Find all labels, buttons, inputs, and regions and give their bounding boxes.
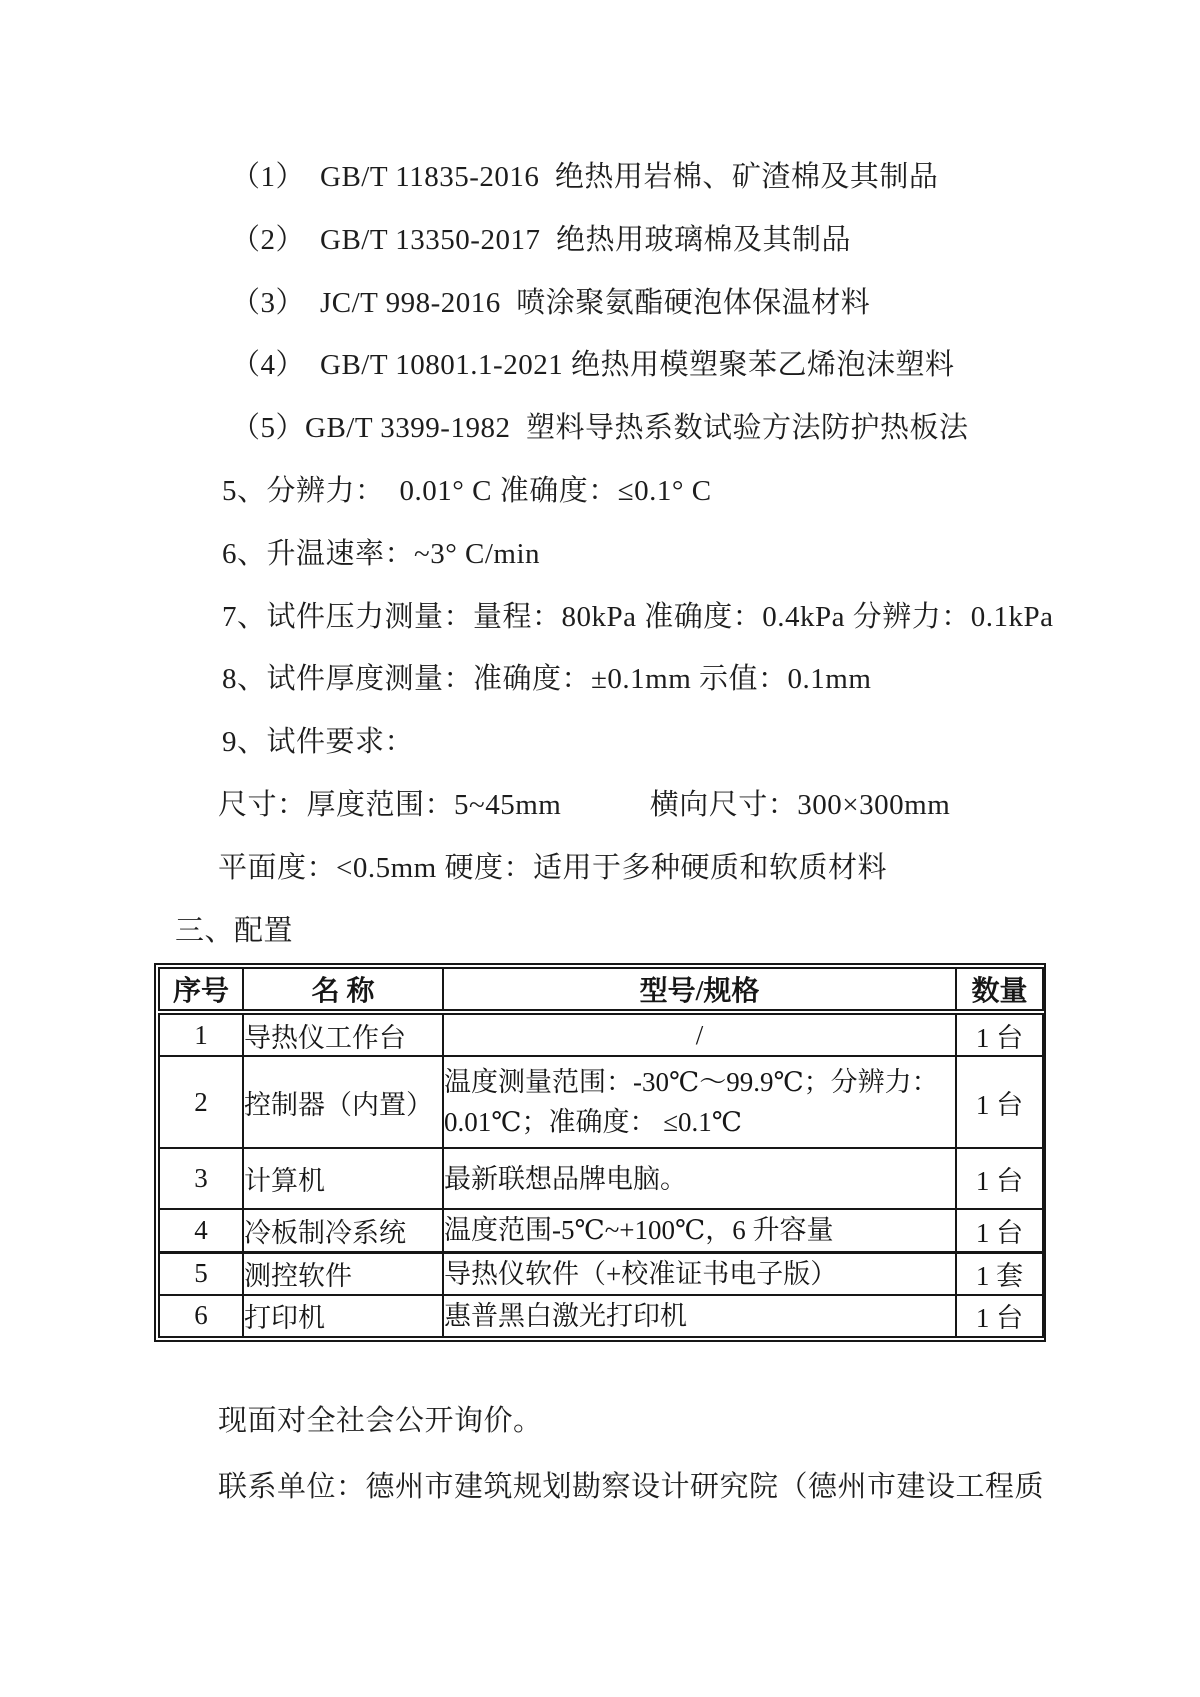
configuration-table: 序号 名 称 型号/规格 数量 1 导热仪工作台 / 1 台 2 控制器（内置）… xyxy=(154,963,1046,1342)
row5-qty: 1 套 xyxy=(956,1252,1043,1295)
section-heading: 三、配置 xyxy=(0,900,1200,963)
table-row: 1 导热仪工作台 / 1 台 xyxy=(159,1012,1043,1056)
spec-flatness: 平面度：<0.5mm 硬度：适用于多种硬质和软质材料 xyxy=(0,837,1200,900)
spec-item-8: 8、试件厚度测量：准确度：±0.1mm 示值：0.1mm xyxy=(0,648,1200,711)
row2-spec: 温度测量范围：-30℃～99.9℃；分辨力： 0.01℃；准确度： ≤0.1℃ xyxy=(443,1056,956,1148)
spec-item-9: 9、试件要求： xyxy=(0,711,1200,774)
paragraph-contact-unit: 联系单位：德州市建筑规划勘察设计研究院（德州市建设工程质 xyxy=(218,1468,1044,1506)
standard-item-2: （2） GB/T 13350-2017 绝热用玻璃棉及其制品 xyxy=(0,209,1200,272)
row2-qty: 1 台 xyxy=(956,1056,1043,1148)
paragraph-public-inquiry: 现面对全社会公开询价。 xyxy=(218,1402,543,1440)
row4-no: 4 xyxy=(159,1209,243,1252)
row4-qty: 1 台 xyxy=(956,1209,1043,1252)
row4-name: 冷板制冷系统 xyxy=(243,1209,443,1252)
table-row: 2 控制器（内置） 温度测量范围：-30℃～99.9℃；分辨力： 0.01℃；准… xyxy=(159,1056,1043,1148)
document-page: （1） GB/T 11835-2016 绝热用岩棉、矿渣棉及其制品 （2） GB… xyxy=(0,0,1200,1697)
spec-dimensions: 尺寸：厚度范围：5~45mm 横向尺寸：300×300mm xyxy=(0,774,1200,837)
row4-spec: 温度范围-5℃~+100℃，6 升容量 xyxy=(443,1209,956,1252)
row3-qty: 1 台 xyxy=(956,1148,1043,1209)
header-quantity: 数量 xyxy=(956,968,1043,1012)
spec-item-7: 7、试件压力测量：量程：80kPa 准确度：0.4kPa 分辨力：0.1kPa xyxy=(0,586,1200,649)
row2-name: 控制器（内置） xyxy=(243,1056,443,1148)
row3-spec: 最新联想品牌电脑。 xyxy=(443,1148,956,1209)
table-header-row: 序号 名 称 型号/规格 数量 xyxy=(159,968,1043,1012)
header-model-spec: 型号/规格 xyxy=(443,968,956,1012)
row3-name: 计算机 xyxy=(243,1148,443,1209)
row3-no: 3 xyxy=(159,1148,243,1209)
header-serial-number: 序号 xyxy=(159,968,243,1012)
spec-item-6: 6、升温速率：~3° C/min xyxy=(0,523,1200,586)
standard-item-5: （5）GB/T 3399-1982 塑料导热系数试验方法防护热板法 xyxy=(0,397,1200,460)
header-name: 名 称 xyxy=(243,968,443,1012)
row6-spec: 惠普黑白激光打印机 xyxy=(443,1295,956,1337)
body-text-block: （1） GB/T 11835-2016 绝热用岩棉、矿渣棉及其制品 （2） GB… xyxy=(0,146,1200,962)
table-row: 3 计算机 最新联想品牌电脑。 1 台 xyxy=(159,1148,1043,1209)
standard-item-1: （1） GB/T 11835-2016 绝热用岩棉、矿渣棉及其制品 xyxy=(0,146,1200,209)
row6-name: 打印机 xyxy=(243,1295,443,1337)
row6-no: 6 xyxy=(159,1295,243,1337)
spec-item-5: 5、分辨力： 0.01° C 准确度：≤0.1° C xyxy=(0,460,1200,523)
row1-qty: 1 台 xyxy=(956,1012,1043,1056)
standard-item-4: （4） GB/T 10801.1-2021 绝热用模塑聚苯乙烯泡沫塑料 xyxy=(0,334,1200,397)
row5-no: 5 xyxy=(159,1252,243,1295)
row1-name: 导热仪工作台 xyxy=(243,1012,443,1056)
row2-no: 2 xyxy=(159,1056,243,1148)
table-row: 4 冷板制冷系统 温度范围-5℃~+100℃，6 升容量 1 台 xyxy=(159,1209,1043,1252)
standard-item-3: （3） JC/T 998-2016 喷涂聚氨酯硬泡体保温材料 xyxy=(0,272,1200,335)
row1-spec: / xyxy=(443,1012,956,1056)
row5-name: 测控软件 xyxy=(243,1252,443,1295)
row6-qty: 1 台 xyxy=(956,1295,1043,1337)
table-row: 6 打印机 惠普黑白激光打印机 1 台 xyxy=(159,1295,1043,1337)
row5-spec: 导热仪软件（+校准证书电子版） xyxy=(443,1252,956,1295)
table-row: 5 测控软件 导热仪软件（+校准证书电子版） 1 套 xyxy=(159,1252,1043,1295)
row1-no: 1 xyxy=(159,1012,243,1056)
